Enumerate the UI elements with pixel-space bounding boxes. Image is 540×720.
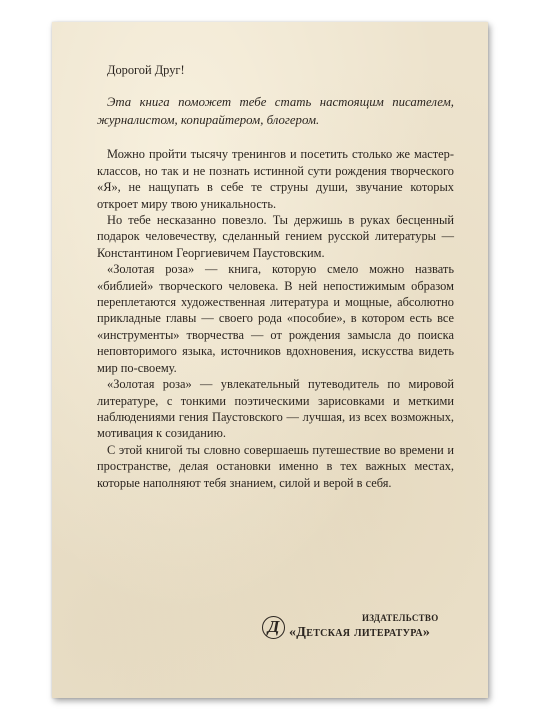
- paragraph: Можно пройти тысячу тренингов и посетить…: [97, 146, 454, 212]
- paragraph: «Золотая роза» — увлекательный путеводит…: [97, 376, 454, 442]
- book-page: Дорогой Друг! Эта книга поможет тебе ста…: [52, 22, 488, 698]
- body-text: Можно пройти тысячу тренингов и посетить…: [97, 146, 454, 491]
- publisher-logo-icon: Д: [262, 616, 285, 639]
- publisher-label: ИЗДАТЕЛЬСТВО: [362, 613, 439, 623]
- greeting: Дорогой Друг!: [107, 62, 454, 78]
- paragraph: Но тебе несказанно повезло. Ты держишь в…: [97, 212, 454, 261]
- publisher-name: «Детская литература»: [289, 625, 430, 641]
- page-text: Дорогой Друг! Эта книга поможет тебе ста…: [97, 62, 454, 491]
- lead-paragraph: Эта книга поможет тебе стать настоящим п…: [97, 93, 454, 129]
- paragraph: С этой книгой ты словно совершаешь путеш…: [97, 442, 454, 491]
- publisher-imprint: Д ИЗДАТЕЛЬСТВО «Детская литература»: [262, 607, 467, 647]
- paragraph: «Золотая роза» — книга, которую смело мо…: [97, 261, 454, 376]
